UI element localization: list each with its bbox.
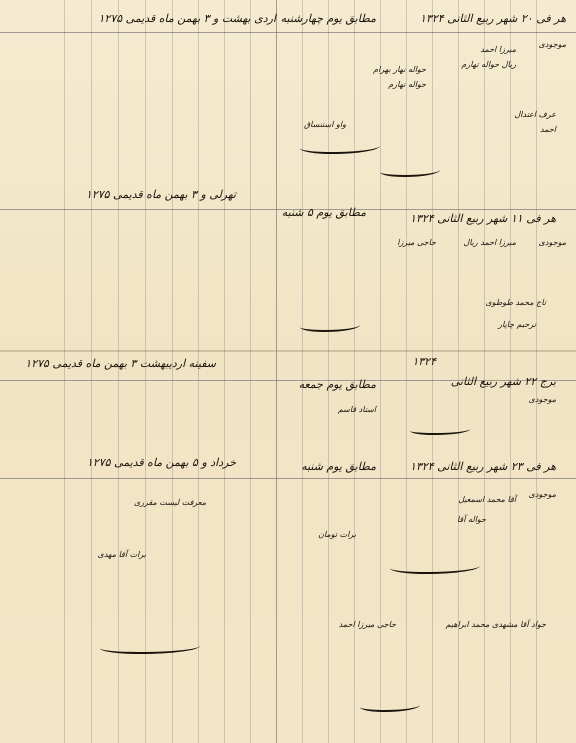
section4-mid-header: مطابق یوم شنبه — [301, 460, 376, 473]
entry: عرف اعتدال — [514, 110, 556, 120]
entry: حواله نهار بهرام — [373, 65, 426, 75]
section2-right-header: هر فی ۱۱ شهر ربیع الثانی ۱۳۲۴ — [410, 212, 556, 225]
entry: برات تومان — [318, 530, 356, 540]
entry: حواله تهارم — [388, 80, 426, 90]
section1-right-header: هر فی ۲۰ شهر ربیع الثانی ۱۳۲۴ — [420, 12, 566, 25]
section3-year: ۱۳۲۴ — [412, 355, 436, 368]
entry: آقا محمد اسمعیل — [458, 495, 516, 505]
entry: میرزا احمد — [480, 45, 516, 55]
entry: احمد — [540, 125, 556, 135]
entry: برات آقا مهدی — [98, 550, 146, 560]
section3-right-header: برج ۲۲ شهر ربیع الثانی — [451, 375, 556, 388]
section2-left-header: تهرلی و ۳ بهمن ماه قدیمی ۱۲۷۵ — [86, 188, 236, 201]
entry: استاد قاسم — [338, 405, 376, 415]
entry: جواد آقا مشهدی محمد ابراهیم — [446, 620, 546, 630]
entry: تاج محمد طوطوی — [486, 298, 546, 308]
entry: واو استنساق — [304, 120, 346, 130]
ledger-page — [0, 0, 576, 743]
section4-left-header: خرداد و ۵ بهمن ماه قدیمی ۱۲۷۵ — [87, 456, 236, 469]
entry: ترحیم چاپار — [498, 320, 536, 330]
section4-right-header: هر فی ۲۳ شهر ربیع الثانی ۱۳۲۴ — [410, 460, 556, 473]
entry: حاجی میرزا — [397, 238, 436, 248]
entry: معرفت لیست مقرری — [134, 498, 206, 508]
entry: میرزا احمد ریال — [463, 238, 516, 248]
entry: موجودی — [539, 40, 566, 50]
entry: ریال حواله تهارم — [461, 60, 516, 70]
section1-mid-header: مطابق یوم چهارشنبه — [281, 12, 376, 25]
entry: حواله آقا — [457, 515, 486, 525]
entry: حاجی میرزا احمد — [339, 620, 396, 630]
entry: موجودی — [529, 395, 556, 405]
section3-left-header: سفینه اردیبهشت ۳ بهمن ماه قدیمی ۱۲۷۵ — [25, 357, 216, 370]
entry: موجودی — [539, 238, 566, 248]
section1-left-header: اردی بهشت و ۳ بهمن ماه قدیمی ۱۲۷۵ — [99, 12, 276, 25]
section2-mid-header: مطابق یوم ۵ شنبه — [282, 206, 366, 219]
entry: موجودی — [529, 490, 556, 500]
section3-mid-header: مطابق یوم جمعه — [299, 378, 376, 391]
